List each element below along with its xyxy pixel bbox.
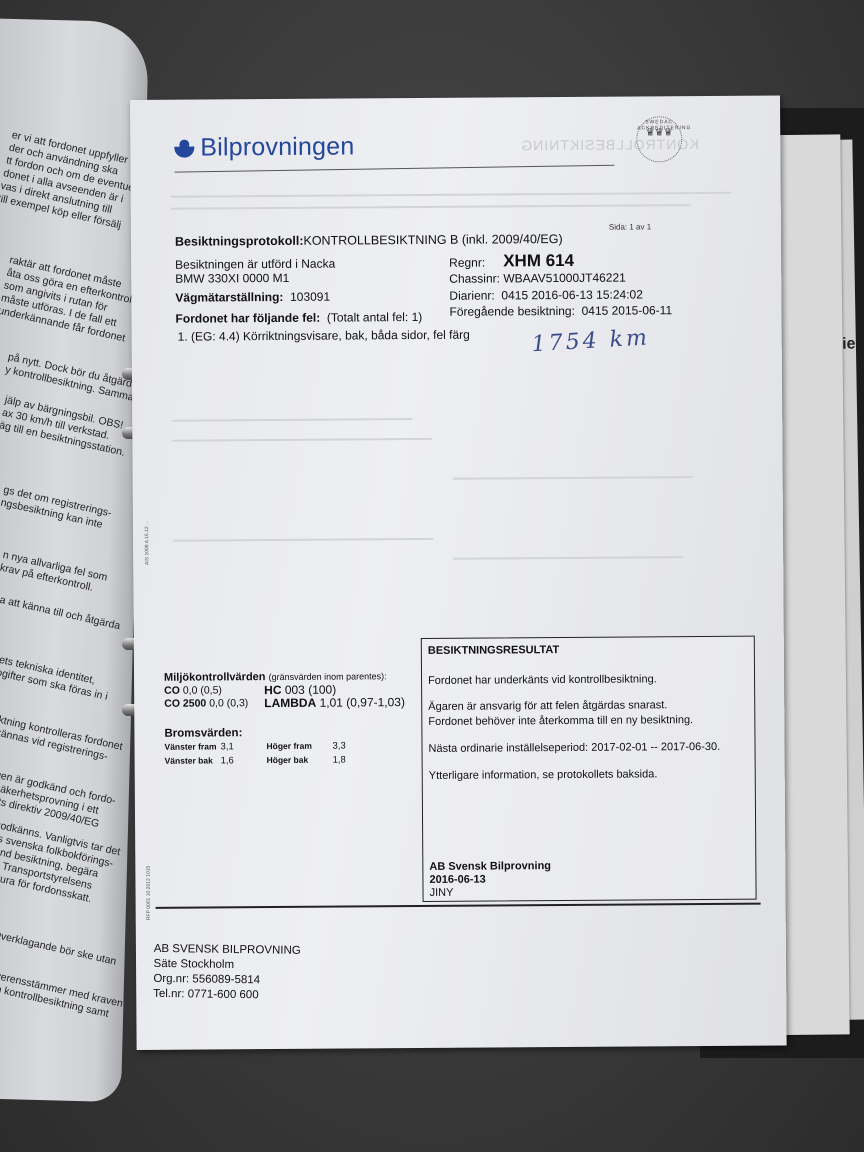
brake-values: Bromsvärden: Vänster fram 3,1 Höger fram… bbox=[164, 726, 362, 766]
previous-value: 0415 2015-06-11 bbox=[582, 303, 673, 318]
co-value: CO 0,0 (0,5) bbox=[164, 684, 264, 698]
faults-total: (Totalt antal fel: 1) bbox=[327, 310, 422, 325]
brake-heading: Bromsvärden: bbox=[164, 726, 362, 739]
person-logo-icon bbox=[174, 139, 194, 157]
left-page-line: Överklagande bör ske utan bbox=[0, 929, 117, 969]
brand-logo: Bilprovningen bbox=[174, 132, 354, 162]
protocol-value: KONTROLLBESIKTNING B (inkl. 2009/40/EG) bbox=[303, 232, 562, 248]
location: Besiktningen är utförd i Nacka bbox=[175, 257, 335, 272]
result-line-4: Nästa ordinarie inställelseperiod: 2017-… bbox=[428, 741, 720, 755]
right-rear-value: 1,8 bbox=[333, 754, 363, 765]
swedac-name: SWEDAC ACKREDITERING bbox=[637, 119, 681, 131]
right-front-label: Höger fram bbox=[266, 741, 332, 752]
left-page-paragraph: gs det om registrerings-ngsbesiktning ka… bbox=[0, 484, 113, 533]
signer-id: JINY bbox=[430, 886, 552, 900]
brand-name: Bilprovningen bbox=[200, 132, 354, 162]
left-page-paragraph: jälp av bärgningsbil. OBS!ax 30 km/h til… bbox=[0, 394, 132, 460]
left-page-paragraph: Överklagande bör ske utan bbox=[0, 929, 117, 969]
previous-label: Föregående besiktning: bbox=[449, 304, 575, 319]
previous-inspection: Föregående besiktning: 0415 2015-06-11 bbox=[449, 303, 672, 319]
diary: Diarienr: 0415 2016-06-13 15:24:02 bbox=[449, 287, 643, 302]
vehicle-model: BMW 330XI 0000 M1 bbox=[175, 271, 289, 286]
page-indicator: Sida: 1 av 1 bbox=[609, 222, 651, 231]
left-front-label: Vänster fram bbox=[164, 741, 220, 752]
left-page-line: a att känna till och åtgärda bbox=[0, 594, 121, 633]
protocol-title: Besiktningsprotokoll:KONTROLLBESIKTNING … bbox=[175, 232, 563, 249]
left-rear-label: Vänster bak bbox=[165, 755, 221, 766]
footer-rule bbox=[156, 903, 761, 909]
left-page-paragraph: överensstämmer med kravenom kontrollbesi… bbox=[0, 969, 124, 1024]
left-page-paragraph: ets tekniska identitet,ogifter som ska f… bbox=[0, 654, 112, 704]
regnr: Regnr:XHM 614 bbox=[449, 251, 574, 272]
handwritten-note: 1754 km bbox=[531, 325, 650, 357]
left-page-paragraph: a att känna till och åtgärda bbox=[0, 594, 121, 633]
chassis: Chassinr: WBAAV51000JT46221 bbox=[449, 271, 626, 286]
result-line-2: Ägaren är ansvarig för att felen åtgärda… bbox=[428, 699, 667, 713]
left-page: er vi att fordonet uppfyllerder och anvä… bbox=[0, 18, 149, 1102]
right-front-value: 3,3 bbox=[332, 740, 362, 751]
emission-values: Miljökontrollvärden (gränsvärden inom pa… bbox=[164, 670, 414, 711]
left-page-paragraph: raktär att fordonet måsteåta oss göra en… bbox=[0, 254, 138, 346]
faults-label: Fordonet har följande fel: bbox=[175, 311, 320, 326]
fault-item: 1. (EG: 4.4) Körriktningsvisare, bak, bå… bbox=[178, 328, 470, 344]
odometer: Vägmätarställning: 103091 bbox=[175, 290, 330, 305]
odometer-value: 103091 bbox=[290, 290, 330, 304]
odometer-label: Vägmätarställning: bbox=[175, 290, 283, 305]
swedac-seal: SWEDAC ACKREDITERING ♛♛♛ bbox=[636, 116, 682, 162]
side-code: AIS 1009 A 15.12 ... bbox=[144, 521, 150, 565]
diary-label: Diarienr: bbox=[449, 288, 494, 302]
footer-tel: Tel.nr: 0771-600 600 bbox=[153, 987, 300, 1004]
result-signature: AB Svensk Bilprovning 2016-06-13 JINY bbox=[429, 860, 551, 900]
result-line-3: Fordonet behöver inte återkomma till en … bbox=[428, 714, 693, 728]
regnr-label: Regnr: bbox=[449, 256, 485, 270]
header-rule bbox=[175, 165, 615, 173]
regnr-value: XHM 614 bbox=[503, 251, 574, 270]
inspection-result-box: BESIKTNINGSRESULTAT Fordonet har underkä… bbox=[421, 636, 757, 902]
result-heading: BESIKTNINGSRESULTAT bbox=[428, 644, 559, 657]
diary-value: 0415 2016-06-13 15:24:02 bbox=[501, 287, 643, 302]
side-code: RFP 0001 10.2012 1015 bbox=[146, 866, 152, 920]
company-footer: AB SVENSK BILPROVNING Säte Stockholm Org… bbox=[153, 942, 301, 1004]
left-page-paragraph: n nya allvarliga fel somkrav på efterkon… bbox=[0, 549, 109, 598]
chassis-value: WBAAV51000JT46221 bbox=[503, 271, 626, 286]
left-rear-value: 1,6 bbox=[221, 755, 267, 766]
result-line-5: Ytterligare information, se protokollets… bbox=[429, 768, 658, 782]
left-page-paragraph: ktning kontrolleras fordonetkännas vid r… bbox=[0, 714, 124, 767]
signer-company: AB Svensk Bilprovning bbox=[429, 860, 551, 874]
lambda-value: LAMBDA 1,01 (0,97-1,03) bbox=[264, 696, 414, 710]
left-page-paragraph: er vi att fordonet uppfyllerder och anvä… bbox=[0, 129, 149, 236]
signer-date: 2016-06-13 bbox=[429, 873, 551, 887]
result-line-1: Fordonet har underkänts vid kontrollbesi… bbox=[428, 673, 657, 687]
left-front-value: 3,1 bbox=[220, 741, 266, 752]
chassis-label: Chassinr: bbox=[449, 271, 500, 285]
protocol-label: Besiktningsprotokoll: bbox=[175, 234, 304, 249]
faults-header: Fordonet har följande fel: (Totalt antal… bbox=[175, 310, 422, 326]
right-rear-label: Höger bak bbox=[267, 755, 333, 766]
co2500-value: CO 2500 0,0 (0,3) bbox=[164, 697, 264, 711]
inspection-protocol: KONTROLLBESIKTNING Bilprovningen SWEDAC … bbox=[130, 95, 787, 1050]
